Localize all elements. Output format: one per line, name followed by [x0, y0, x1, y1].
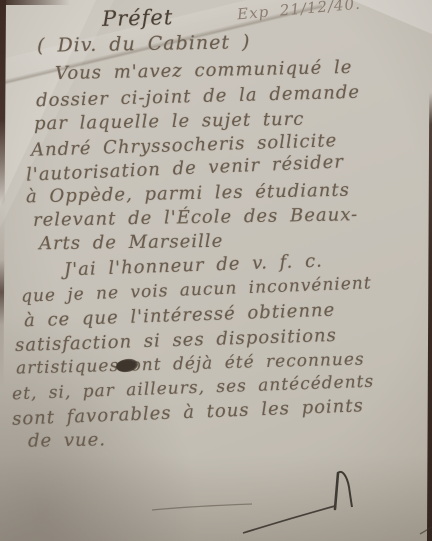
department-line: ( Div. du Cabinet ) — [37, 31, 251, 57]
recipient-line: Préfet — [102, 5, 174, 31]
letter-photo: Préfet Exp 21/12/40. ( Div. du Cabinet )… — [0, 0, 432, 541]
letter-line: Arts de Marseille — [39, 231, 224, 255]
letter-line: de vue. — [28, 429, 106, 451]
photo-edge-top — [0, 0, 70, 5]
